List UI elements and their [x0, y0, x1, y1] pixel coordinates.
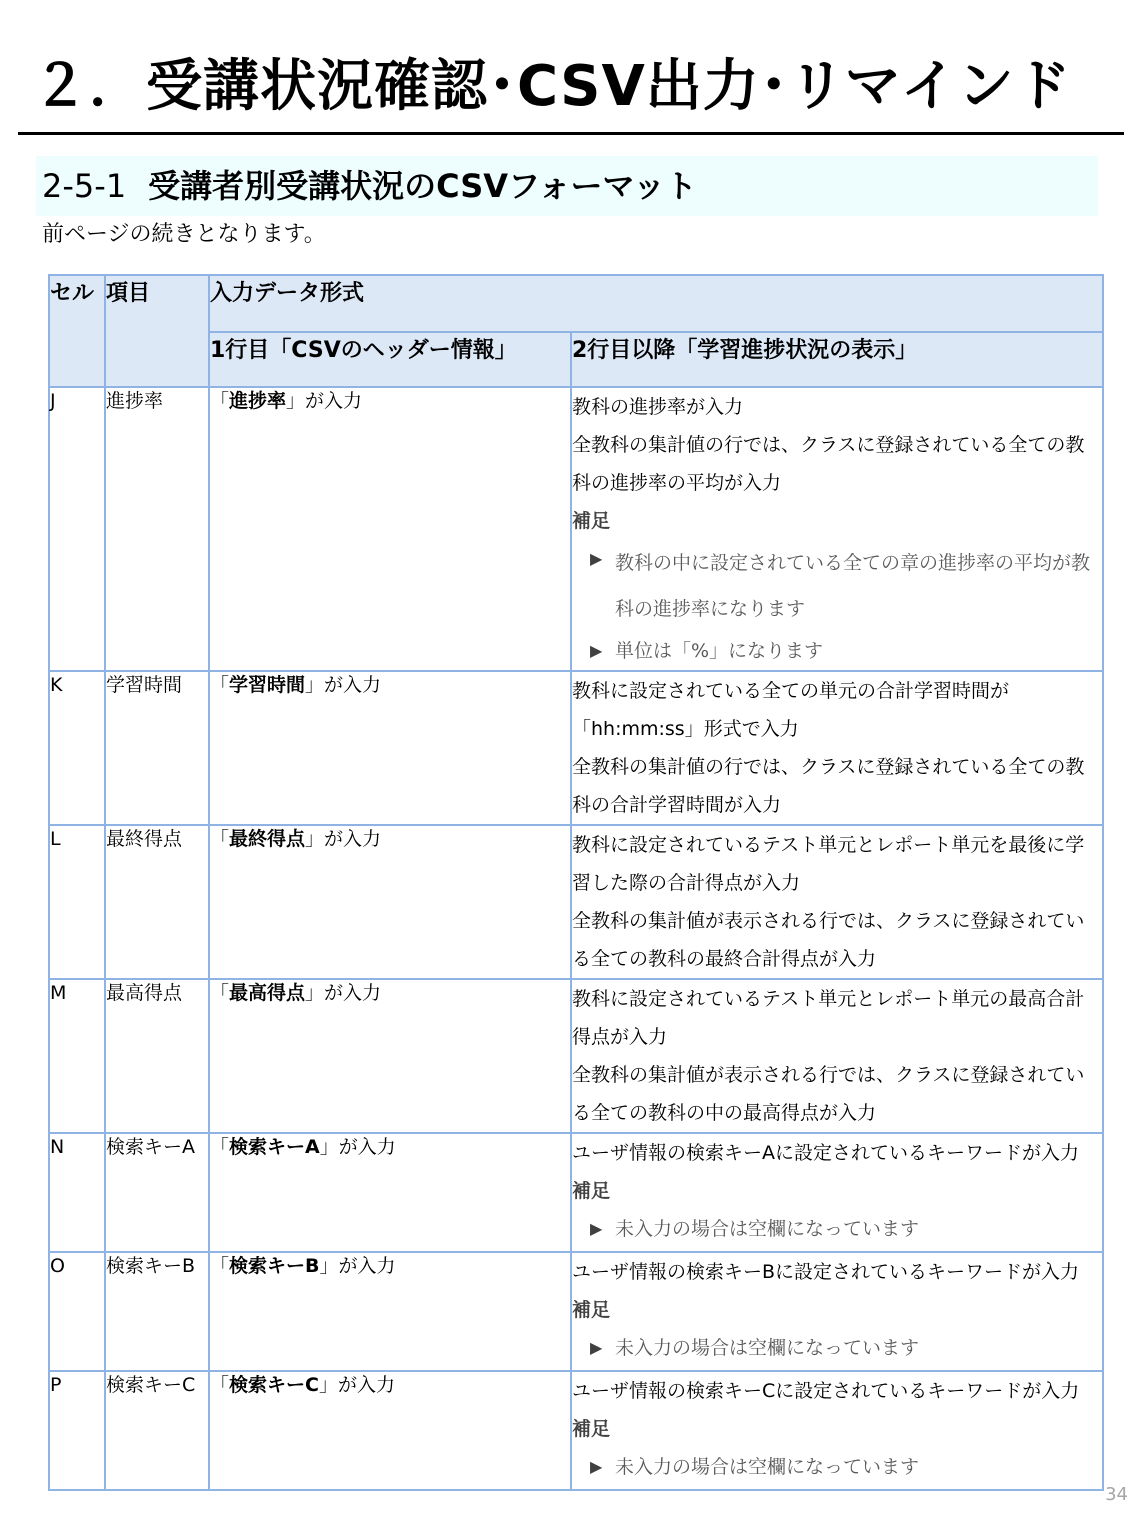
item-name: 最終得点 — [105, 825, 209, 979]
csv-header-value: 「検索キーA」が入力 — [209, 1133, 571, 1252]
header-suffix: 」が入力 — [320, 1255, 396, 1277]
description-line: 全教科の集計値が表示される行では、クラスに登録されている全ての教科の最終合計得点… — [572, 902, 1102, 978]
cell-letter: N — [49, 1133, 105, 1252]
header-input-format: 入力データ形式 — [209, 275, 1103, 332]
page-title: ２．受講状況確認･CSV出力･リマインド — [32, 52, 1072, 122]
progress-description: 教科に設定されているテスト単元とレポート単元を最後に学習した際の合計得点が入力全… — [571, 825, 1103, 979]
progress-description: 教科に設定されているテスト単元とレポート単元の最高合計得点が入力全教科の集計値が… — [571, 979, 1103, 1133]
header-keyword: 検索キーA — [229, 1136, 320, 1158]
title-divider — [18, 132, 1124, 135]
header-suffix: 」が入力 — [305, 982, 381, 1004]
intro-text: 前ページの続きとなります。 — [42, 218, 326, 252]
supplement-label: 補足 — [572, 1291, 1102, 1329]
table-row: N検索キーA「検索キーA」が入力ユーザ情報の検索キーAに設定されているキーワード… — [49, 1133, 1103, 1252]
cell-letter: P — [49, 1371, 105, 1490]
supplement-text: 単位は「%」になります — [615, 632, 1102, 670]
description-line: 全教科の集計値の行では、クラスに登録されている全ての教科の合計学習時間が入力 — [572, 748, 1102, 824]
supplement-text: 未入力の場合は空欄になっています — [615, 1448, 1102, 1486]
section-number: 2-5-1 — [42, 167, 126, 205]
header-keyword: 最高得点 — [229, 982, 305, 1004]
header-item: 項目 — [105, 275, 209, 387]
header-keyword: 検索キーC — [229, 1374, 319, 1396]
csv-header-value: 「学習時間」が入力 — [209, 671, 571, 825]
item-name: 検索キーA — [105, 1133, 209, 1252]
triangle-bullet-icon: ▶ — [590, 1448, 615, 1486]
supplement-text: 教科の中に設定されている全ての章の進捗率の平均が教科の進捗率になります — [615, 540, 1102, 632]
supplement-bullet: ▶未入力の場合は空欄になっています — [572, 1448, 1102, 1486]
csv-header-value: 「進捗率」が入力 — [209, 387, 571, 671]
table-row: M最高得点「最高得点」が入力教科に設定されているテスト単元とレポート単元の最高合… — [49, 979, 1103, 1133]
triangle-bullet-icon: ▶ — [590, 1329, 615, 1367]
csv-format-table: セル 項目 入力データ形式 1行目「CSVのヘッダー情報」 2行目以降「学習進捗… — [48, 274, 1104, 1491]
header-keyword: 学習時間 — [229, 674, 305, 696]
header-suffix: 」が入力 — [305, 828, 381, 850]
cell-letter: K — [49, 671, 105, 825]
cell-letter: O — [49, 1252, 105, 1371]
item-name: 検索キーB — [105, 1252, 209, 1371]
cell-letter: J — [49, 387, 105, 671]
csv-header-value: 「検索キーC」が入力 — [209, 1371, 571, 1490]
header-suffix: 」が入力 — [305, 674, 381, 696]
page-number: 34 — [1105, 1484, 1128, 1505]
header-cell: セル — [49, 275, 105, 387]
progress-description: 教科に設定されている全ての単元の合計学習時間が「hh:mm:ss」形式で入力全教… — [571, 671, 1103, 825]
cell-letter: M — [49, 979, 105, 1133]
supplement-bullet: ▶未入力の場合は空欄になっています — [572, 1329, 1102, 1367]
description-line: 教科に設定されている全ての単元の合計学習時間が「hh:mm:ss」形式で入力 — [572, 672, 1102, 748]
triangle-bullet-icon: ▶ — [590, 1210, 615, 1248]
supplement-label: 補足 — [572, 1172, 1102, 1210]
header-suffix: 」が入力 — [319, 1374, 395, 1396]
bracket-open: 「 — [210, 1255, 229, 1277]
table-row: P検索キーC「検索キーC」が入力ユーザ情報の検索キーCに設定されているキーワード… — [49, 1371, 1103, 1490]
item-name: 進捗率 — [105, 387, 209, 671]
item-name: 最高得点 — [105, 979, 209, 1133]
triangle-bullet-icon: ▶ — [590, 540, 615, 632]
bracket-open: 「 — [210, 390, 229, 412]
description-line: 教科に設定されているテスト単元とレポート単元を最後に学習した際の合計得点が入力 — [572, 826, 1102, 902]
bracket-open: 「 — [210, 1136, 229, 1158]
header-row2-progress: 2行目以降「学習進捗状況の表示」 — [571, 332, 1103, 387]
supplement-label: 補足 — [572, 1410, 1102, 1448]
progress-description: ユーザ情報の検索キーCに設定されているキーワードが入力補足▶未入力の場合は空欄に… — [571, 1371, 1103, 1490]
description-line: ユーザ情報の検索キーCに設定されているキーワードが入力 — [572, 1372, 1102, 1410]
description-line: 全教科の集計値の行では、クラスに登録されている全ての教科の進捗率の平均が入力 — [572, 426, 1102, 502]
item-name: 検索キーC — [105, 1371, 209, 1490]
cell-letter: L — [49, 825, 105, 979]
section-title-text: 受講者別受講状況のCSVフォーマット — [148, 167, 697, 205]
description-line: 教科に設定されているテスト単元とレポート単元の最高合計得点が入力 — [572, 980, 1102, 1056]
header-suffix: 」が入力 — [320, 1136, 396, 1158]
header-keyword: 検索キーB — [229, 1255, 319, 1277]
table-row: L最終得点「最終得点」が入力教科に設定されているテスト単元とレポート単元を最後に… — [49, 825, 1103, 979]
csv-header-value: 「検索キーB」が入力 — [209, 1252, 571, 1371]
description-line: 教科の進捗率が入力 — [572, 388, 1102, 426]
header-suffix: 」が入力 — [286, 390, 362, 412]
supplement-bullet: ▶未入力の場合は空欄になっています — [572, 1210, 1102, 1248]
item-name: 学習時間 — [105, 671, 209, 825]
supplement-text: 未入力の場合は空欄になっています — [615, 1329, 1102, 1367]
supplement-bullet: ▶教科の中に設定されている全ての章の進捗率の平均が教科の進捗率になります — [572, 540, 1102, 632]
csv-header-value: 「最終得点」が入力 — [209, 825, 571, 979]
section-title: 2-5-1受講者別受講状況のCSVフォーマット — [42, 164, 697, 208]
bracket-open: 「 — [210, 1374, 229, 1396]
progress-description: ユーザ情報の検索キーAに設定されているキーワードが入力補足▶未入力の場合は空欄に… — [571, 1133, 1103, 1252]
bracket-open: 「 — [210, 674, 229, 696]
header-keyword: 最終得点 — [229, 828, 305, 850]
csv-header-value: 「最高得点」が入力 — [209, 979, 571, 1133]
progress-description: 教科の進捗率が入力全教科の集計値の行では、クラスに登録されている全ての教科の進捗… — [571, 387, 1103, 671]
table-row: O検索キーB「検索キーB」が入力ユーザ情報の検索キーBに設定されているキーワード… — [49, 1252, 1103, 1371]
supplement-text: 未入力の場合は空欄になっています — [615, 1210, 1102, 1248]
triangle-bullet-icon: ▶ — [590, 632, 615, 670]
header-keyword: 進捗率 — [229, 390, 286, 412]
supplement-label: 補足 — [572, 502, 1102, 540]
table-row: K学習時間「学習時間」が入力教科に設定されている全ての単元の合計学習時間が「hh… — [49, 671, 1103, 825]
header-row1-csv-header: 1行目「CSVのヘッダー情報」 — [209, 332, 571, 387]
supplement-bullet: ▶単位は「%」になります — [572, 632, 1102, 670]
bracket-open: 「 — [210, 982, 229, 1004]
description-line: ユーザ情報の検索キーAに設定されているキーワードが入力 — [572, 1134, 1102, 1172]
description-line: ユーザ情報の検索キーBに設定されているキーワードが入力 — [572, 1253, 1102, 1291]
table-row: J進捗率「進捗率」が入力教科の進捗率が入力全教科の集計値の行では、クラスに登録さ… — [49, 387, 1103, 671]
bracket-open: 「 — [210, 828, 229, 850]
progress-description: ユーザ情報の検索キーBに設定されているキーワードが入力補足▶未入力の場合は空欄に… — [571, 1252, 1103, 1371]
description-line: 全教科の集計値が表示される行では、クラスに登録されている全ての教科の中の最高得点… — [572, 1056, 1102, 1132]
